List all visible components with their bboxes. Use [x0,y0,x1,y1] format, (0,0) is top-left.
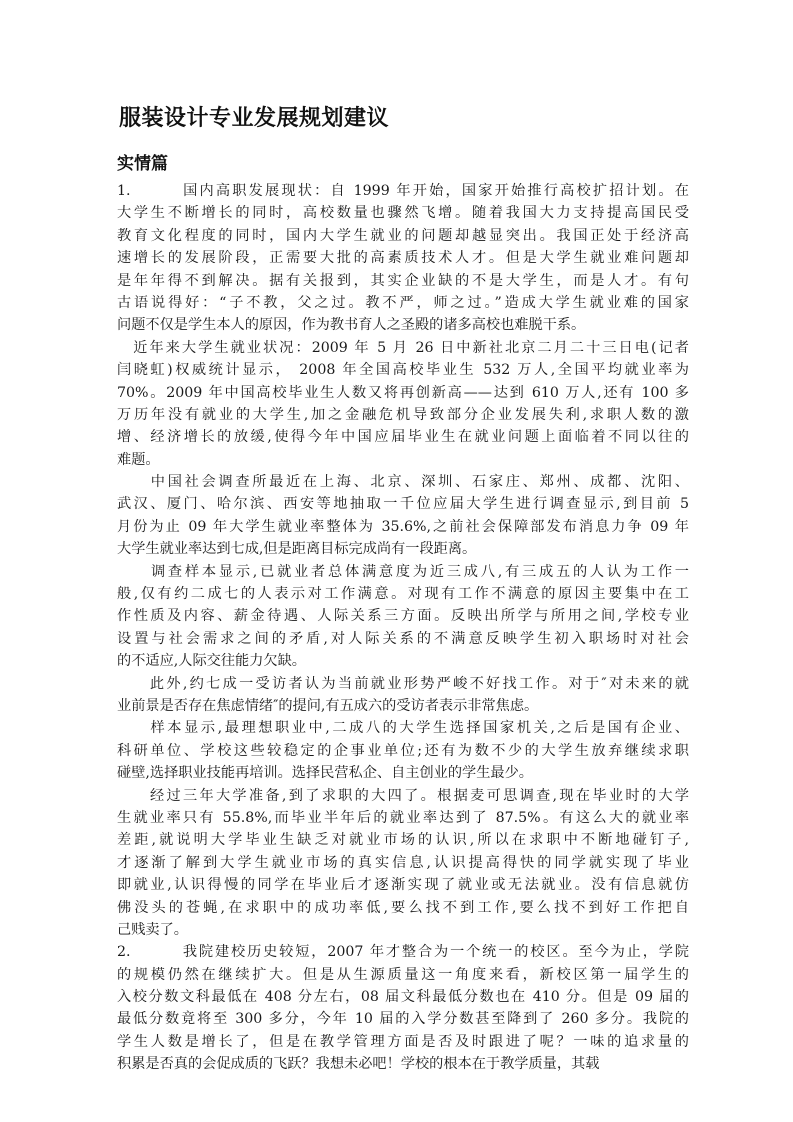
text-line: 大学生不断增长的同时，高校数量也骤然飞增。随着我国大力支持提高国民受 [117,202,689,224]
text-line: 70%。2009 年中国高校毕业生人数又将再创新高——达到 610 万人,还有 … [117,382,689,404]
paragraph: 中国社会调查所最近在上海、北京、深圳、石家庄、郑州、成都、沈阳、武汉、厦门、哈尔… [117,471,689,561]
line-text: 的规模仍然在继续扩大。但是从生源质量这一角度来看，新校区第一届学生的 [117,967,689,983]
text-line: 教育文化程度的同时，国内大学生就业的问题却越显突出。我国正处于经济高 [117,225,689,247]
text-line: 闫晓虹)权威统计显示， 2008 年全国高校毕业生 532 万人,全国平均就业率… [117,359,689,381]
line-text: 难题。 [117,452,160,468]
text-line: 佛没头的苍蝇,在求职中的成功率低,要么找不到工作,要么找不到好工作把自 [117,897,689,919]
line-text: 己贱卖了。 [117,922,188,938]
paragraph: 近年来大学生就业状况：2009 年 5 月 26 日中新社北京二月二十三日电(记… [117,337,689,471]
text-line: 己贱卖了。 [117,919,689,941]
paragraph: 调查样本显示,已就业者总体满意度为近三成八,有三成五的人认为工作一般,仅有约二成… [117,561,689,673]
line-text: 才逐渐了解到大学生就业市场的真实信息,认识提高得快的同学就实现了毕业 [117,855,689,871]
text-line: 调查样本显示,已就业者总体满意度为近三成八,有三成五的人认为工作一 [117,561,689,583]
line-text: 增、经济增长的放缓,使得今年中国应届毕业生在就业问题上面临着不同以往的 [117,429,689,445]
document-title: 服装设计专业发展规划建议 [119,101,389,132]
line-text: 问题不仅是学生本人的原因，作为教书育人之圣殿的诸多高校也难脱干系。 [117,317,585,333]
line-text: 速增长的发展阶段，正需要大批的高素质技术人才。但是大学生就业难问题却 [117,250,689,266]
text-line: 才逐渐了解到大学生就业市场的真实信息,认识提高得快的同学就实现了毕业 [117,852,689,874]
line-text: 70%。2009 年中国高校毕业生人数又将再创新高——达到 610 万人,还有 … [117,385,689,401]
text-line: 问题不仅是学生本人的原因，作为教书育人之圣殿的诸多高校也难脱干系。 [117,314,689,336]
line-text: 佛没头的苍蝇,在求职中的成功率低,要么找不到工作,要么找不到好工作把自 [117,900,689,916]
text-line: 中国社会调查所最近在上海、北京、深圳、石家庄、郑州、成都、沈阳、 [117,471,689,493]
line-text: 此外,约七成一受访者认为当前就业形势严峻不好找工作。对于″对未来的就 [117,676,689,692]
text-line: 古语说得好：“子不教，父之过。教不严，师之过。”造成大学生就业难的国家 [117,292,689,314]
text-line: 业前景是否存在焦虑情绪″的提问,有五成六的受访者表示非常焦虑。 [117,695,689,717]
paragraph: 2.我院建校历史较短，2007 年才整合为一个统一的校区。至今为止，学院的规模仍… [117,941,689,1075]
text-line: 最低分数竟将至 300 多分，今年 10 届的入学分数甚至降到了 260 多分。… [117,1008,689,1030]
text-line: 入校分数文科最低在 408 分左右，08 届文科最低分数也在 410 分。但是 … [117,986,689,1008]
line-text: 样本显示,最理想职业中,二成八的大学生选择国家机关,之后是国有企业、 [117,720,689,736]
line-text: 般,仅有约二成七的人表示对工作满意。对现有工作不满意的原因主要集中在工 [117,586,689,602]
line-text: 经过三年大学准备,到了求职的大四了。根据麦可思调查,现在毕业时的大学 [117,788,689,804]
text-line: 即就业,认识得慢的同学在毕业后才逐渐实现了就业或无法就业。没有信息就仿 [117,874,689,896]
line-text: 大学生不断增长的同时，高校数量也骤然飞增。随着我国大力支持提高国民受 [117,205,689,221]
text-line: 此外,约七成一受访者认为当前就业形势严峻不好找工作。对于″对未来的就 [117,673,689,695]
text-line: 的不适应,人际交往能力欠缺。 [117,650,689,672]
line-text: 差距,就说明大学毕业生缺乏对就业市场的认识,所以在求职中不断地碰钉子, [117,832,689,848]
line-text: 学生人数是增长了，但是在教学管理方面是否及时跟进了呢？一味的追求量的 [117,1034,689,1050]
text-line: 月份为止 09 年大学生就业率整体为 35.6%,之前社会保障部发布消息力争 0… [117,516,689,538]
list-number: 2. [117,941,181,963]
line-text: 设置与社会需求之间的矛盾,对人际关系的不满意反映学生初入职场时对社会 [117,631,689,647]
text-line: 科研单位、学校这些较稳定的企事业单位;还有为数不少的大学生放弃继续求职 [117,740,689,762]
text-line: 增、经济增长的放缓,使得今年中国应届毕业生在就业问题上面临着不同以往的 [117,426,689,448]
text-line: 的规模仍然在继续扩大。但是从生源质量这一角度来看，新校区第一届学生的 [117,964,689,986]
line-text: 闫晓虹)权威统计显示， 2008 年全国高校毕业生 532 万人,全国平均就业率… [117,362,689,378]
line-text: 最低分数竟将至 300 多分，今年 10 届的入学分数甚至降到了 260 多分。… [117,1011,689,1027]
text-line: 生就业率只有 55.8%,而毕业半年后的就业率达到了 87.5%。有这么大的就业… [117,807,689,829]
line-text: 我院建校历史较短，2007 年才整合为一个统一的校区。至今为止，学院 [181,944,689,960]
text-line: 万历年没有就业的大学生,加之金融危机导致部分企业发展失利,求职人数的激 [117,404,689,426]
text-line: 难题。 [117,449,689,471]
line-text: 是年年得不到解决。据有关报到，其实企业缺的不是大学生，而是人才。有句 [117,273,689,289]
text-line: 学生人数是增长了，但是在教学管理方面是否及时跟进了呢？一味的追求量的 [117,1031,689,1053]
text-line: 经过三年大学准备,到了求职的大四了。根据麦可思调查,现在毕业时的大学 [117,785,689,807]
line-text: 大学生就业率达到七成,但是距离目标完成尚有一段距离。 [117,541,476,557]
paragraph: 经过三年大学准备,到了求职的大四了。根据麦可思调查,现在毕业时的大学生就业率只有… [117,785,689,942]
line-text: 中国社会调查所最近在上海、北京、深圳、石家庄、郑州、成都、沈阳、 [117,474,689,490]
text-line: 作性质及内容、薪金待遇、人际关系三方面。反映出所学与所用之间,学校专业 [117,605,689,627]
document-page: 服装设计专业发展规划建议 实情篇 1.国内高职发展现状：自 1999 年开始，国… [0,0,793,1122]
line-text: 碰壁,选择职业技能再培训。选择民营私企、自主创业的学生最少。 [117,765,533,781]
line-text: 科研单位、学校这些较稳定的企事业单位;还有为数不少的大学生放弃继续求职 [117,743,689,759]
text-line: 是年年得不到解决。据有关报到，其实企业缺的不是大学生，而是人才。有句 [117,270,689,292]
line-text: 入校分数文科最低在 408 分左右，08 届文科最低分数也在 410 分。但是 … [117,989,689,1005]
line-text: 国内高职发展现状：自 1999 年开始，国家开始推行高校扩招计划。在 [181,183,689,199]
text-line: 碰壁,选择职业技能再培训。选择民营私企、自主创业的学生最少。 [117,762,689,784]
line-text: 积累是否真的会促成质的飞跃？我想未必吧！学校的根本在于教学质量，其载 [117,1056,599,1072]
line-text: 即就业,认识得慢的同学在毕业后才逐渐实现了就业或无法就业。没有信息就仿 [117,877,689,893]
text-line: 积累是否真的会促成质的飞跃？我想未必吧！学校的根本在于教学质量，其载 [117,1053,689,1075]
line-text: 生就业率只有 55.8%,而毕业半年后的就业率达到了 87.5%。有这么大的就业… [117,810,689,826]
line-text: 古语说得好：“子不教，父之过。教不严，师之过。”造成大学生就业难的国家 [117,295,689,311]
text-line: 2.我院建校历史较短，2007 年才整合为一个统一的校区。至今为止，学院 [117,941,689,963]
text-line: 般,仅有约二成七的人表示对工作满意。对现有工作不满意的原因主要集中在工 [117,583,689,605]
text-line: 差距,就说明大学毕业生缺乏对就业市场的认识,所以在求职中不断地碰钉子, [117,829,689,851]
line-text: 教育文化程度的同时，国内大学生就业的问题却越显突出。我国正处于经济高 [117,228,689,244]
section-heading: 实情篇 [117,149,168,174]
line-text: 近年来大学生就业状况：2009 年 5 月 26 日中新社北京二月二十三日电(记… [117,340,689,356]
line-text: 万历年没有就业的大学生,加之金融危机导致部分企业发展失利,求职人数的激 [117,407,689,423]
list-number: 1. [117,180,181,202]
text-line: 近年来大学生就业状况：2009 年 5 月 26 日中新社北京二月二十三日电(记… [117,337,689,359]
paragraph: 1.国内高职发展现状：自 1999 年开始，国家开始推行高校扩招计划。在大学生不… [117,180,689,337]
paragraph: 此外,约七成一受访者认为当前就业形势严峻不好找工作。对于″对未来的就业前景是否存… [117,673,689,718]
text-line: 武汉、厦门、哈尔滨、西安等地抽取一千位应届大学生进行调查显示,到目前 5 [117,493,689,515]
line-text: 月份为止 09 年大学生就业率整体为 35.6%,之前社会保障部发布消息力争 0… [117,519,689,535]
paragraph: 样本显示,最理想职业中,二成八的大学生选择国家机关,之后是国有企业、科研单位、学… [117,717,689,784]
line-text: 业前景是否存在焦虑情绪″的提问,有五成六的受访者表示非常焦虑。 [117,698,538,714]
text-line: 1.国内高职发展现状：自 1999 年开始，国家开始推行高校扩招计划。在 [117,180,689,202]
text-line: 设置与社会需求之间的矛盾,对人际关系的不满意反映学生初入职场时对社会 [117,628,689,650]
document-body: 1.国内高职发展现状：自 1999 年开始，国家开始推行高校扩招计划。在大学生不… [117,180,689,1076]
line-text: 作性质及内容、薪金待遇、人际关系三方面。反映出所学与所用之间,学校专业 [117,608,689,624]
line-text: 武汉、厦门、哈尔滨、西安等地抽取一千位应届大学生进行调查显示,到目前 5 [117,496,689,512]
text-line: 大学生就业率达到七成,但是距离目标完成尚有一段距离。 [117,538,689,560]
text-line: 速增长的发展阶段，正需要大批的高素质技术人才。但是大学生就业难问题却 [117,247,689,269]
line-text: 的不适应,人际交往能力欠缺。 [117,653,306,669]
text-line: 样本显示,最理想职业中,二成八的大学生选择国家机关,之后是国有企业、 [117,717,689,739]
line-text: 调查样本显示,已就业者总体满意度为近三成八,有三成五的人认为工作一 [117,564,689,580]
